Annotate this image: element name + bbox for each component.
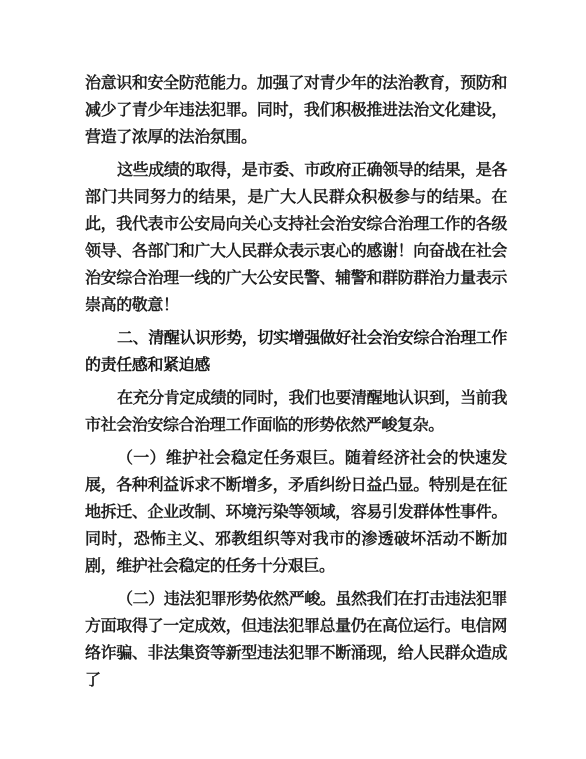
paragraph-continuation: 治意识和安全防范能力。加强了对青少年的法治教育，预防和减少了青少年违法犯罪。同时… — [85, 70, 507, 151]
paragraph-acknowledgement: 这些成绩的取得，是市委、市政府正确领导的结果，是各部门共同努力的结果，是广大人民… — [85, 157, 507, 319]
section-heading-2: 二、清醒认识形势，切实增强做好社会治安综合治理工作的责任感和紧迫感 — [85, 325, 507, 379]
paragraph-item-1-social-stability: （一）维护社会稳定任务艰巨。随着经济社会的快速发展，各种利益诉求不断增多，矛盾纠… — [85, 445, 507, 580]
paragraph-item-2-crime-situation: （二）违法犯罪形势依然严峻。虽然我们在打击违法犯罪方面取得了一定成效，但违法犯罪… — [85, 586, 507, 694]
document-page: 治意识和安全防范能力。加强了对青少年的法治教育，预防和减少了青少年违法犯罪。同时… — [0, 0, 586, 759]
paragraph-situation-intro: 在充分肯定成绩的同时，我们也要清醒地认识到，当前我市社会治安综合治理工作面临的形… — [85, 385, 507, 439]
